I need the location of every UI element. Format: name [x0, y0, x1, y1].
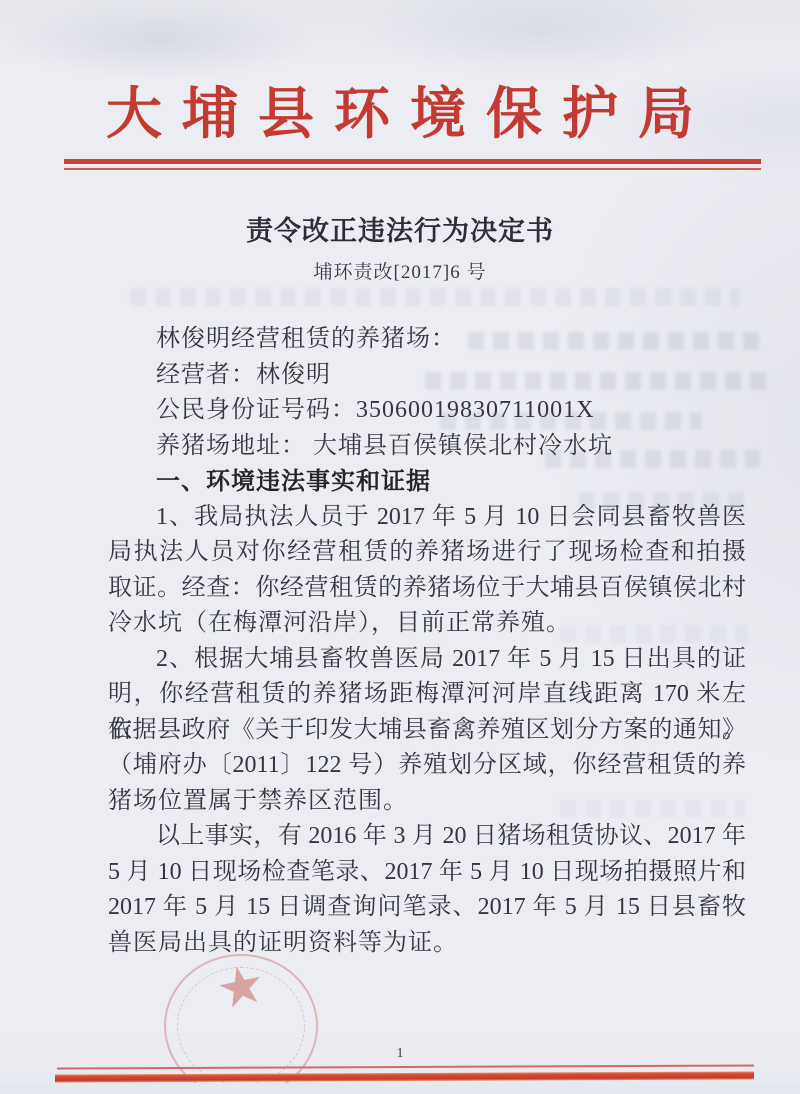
document-title: 责令改正违法行为决定书 — [0, 211, 800, 251]
farm-title-line: 林俊明经营租赁的养猪场： — [108, 322, 746, 358]
footer-thin-red-line — [57, 1064, 754, 1069]
scanned-document-page: 大埔县环境保护局 责令改正违法行为决定书 埔环责改[2017]6 号 林俊明经营… — [0, 0, 800, 1094]
body-line: 依据县政府《关于印发大埔县畜禽养殖区划分方案的通知》 — [108, 713, 746, 749]
body-line: 2017 年 5 月 15 日调查询问笔录、2017 年 5 月 15 日县畜牧 — [108, 890, 746, 926]
farm-address-line: 养猪场地址： 大埔县百侯镇侯北村冷水坑 — [108, 429, 746, 465]
header-divider-thin-line — [64, 168, 761, 170]
body-line: 以上事实，有 2016 年 3 月 20 日猪场租赁协议、2017 年 — [108, 819, 746, 855]
id-number-line: 公民身份证号码：35060019830711001X — [108, 393, 746, 429]
body-line: （埔府办〔2011〕122 号）养殖划分区域，你经营租赁的养 — [108, 748, 746, 784]
body-line: 1、我局执法人员于 2017 年 5 月 10 日会同县畜牧兽医 — [108, 500, 746, 536]
document-number: 埔环责改[2017]6 号 — [0, 259, 800, 287]
page-number: 1 — [0, 1045, 800, 1063]
body-line: 兽医局出具的证明资料等为证。 — [108, 926, 746, 962]
footer-thick-red-line — [55, 1071, 754, 1082]
body-line: 猪场位置属于禁养区范围。 — [108, 784, 746, 820]
body-line: 局执法人员对你经营租赁的养猪场进行了现场检查和拍摄 — [108, 535, 746, 571]
scan-bottom-edge — [0, 1083, 800, 1094]
body-line: 明，你经营租赁的养猪场距梅潭河河岸直线距离 170 米左右。 — [108, 677, 746, 713]
section-heading: 一、环境违法事实和证据 — [108, 464, 746, 500]
body-line: 冷水坑（在梅潭河沿岸），目前正常养殖。 — [108, 606, 746, 642]
document-body: 林俊明经营租赁的养猪场： 经营者：林俊明 公民身份证号码：35060019830… — [108, 322, 746, 961]
body-line: 2、根据大埔县畜牧兽医局 2017 年 5 月 15 日出具的证 — [108, 642, 746, 678]
header-divider — [64, 159, 761, 170]
bureau-letterhead-title: 大埔县环境保护局 — [0, 82, 800, 148]
body-line: 取证。经查：你经营租赁的养猪场位于大埔县百侯镇侯北村 — [108, 571, 746, 607]
bleedthrough-text — [130, 288, 740, 306]
body-line: 5 月 10 日现场检查笔录、2017 年 5 月 10 日现场拍摄照片和 — [108, 855, 746, 891]
operator-line: 经营者：林俊明 — [108, 358, 746, 394]
